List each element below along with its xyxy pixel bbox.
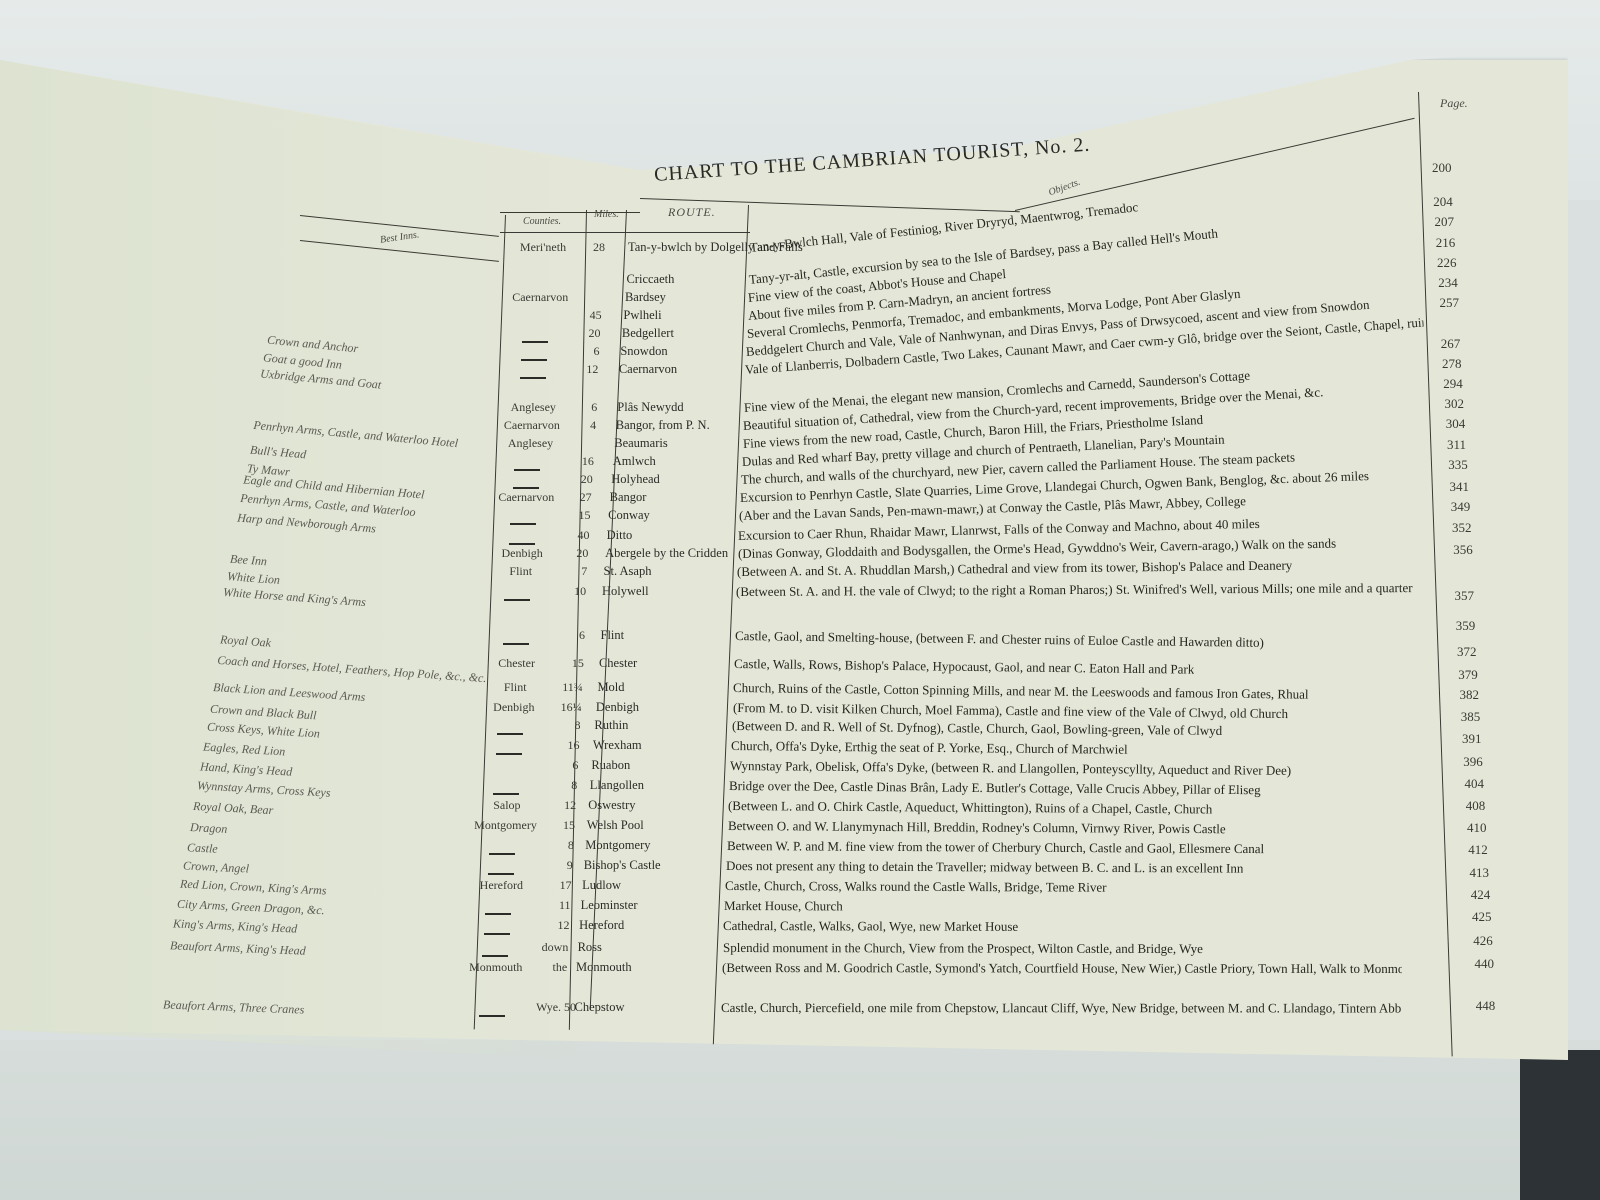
page-number: 207 [1435,214,1455,230]
route-stop: Ludlow [582,878,621,893]
route-stop: Ross [578,940,602,955]
ditto-mark [489,846,515,861]
route-stop: Bishop's Castle [584,858,661,873]
county-name: Anglesey [486,436,576,451]
page-number: 356 [1453,542,1473,558]
county-name: Montgomery [461,818,551,833]
miles-value: 6 [567,400,597,415]
miles-value: 10 [556,584,586,599]
route-stop: Oswestry [588,798,635,813]
miles-value: 8 [547,778,577,793]
page-number: 349 [1451,499,1471,515]
route-stop: Mold [597,680,624,695]
route-stop: Bangor, from P. N. [616,418,710,433]
county-name: Caernarvon [487,418,577,433]
route-stop: Conway [608,508,650,523]
ditto-mark [484,926,510,941]
header-page: Page. [1440,96,1468,111]
page-number: 311 [1447,437,1466,453]
miles-value: 6 [548,758,578,773]
page-number: 359 [1456,618,1476,634]
route-stop: Pwlheli [623,308,661,323]
miles-value: 20 [558,546,588,561]
route-stop: Ditto [607,528,633,543]
county-name: Flint [470,680,560,695]
miles-value: 15 [554,656,584,671]
header-rule [500,212,640,213]
route-stop: Holywell [602,584,649,599]
page-number: 257 [1440,295,1460,311]
page-number: 200 [1432,160,1452,176]
miles-value: 11 [541,898,571,913]
miles-value: 12 [546,798,576,813]
page-number: 425 [1472,909,1492,925]
page-number: 357 [1455,588,1475,604]
page-number: 385 [1461,709,1481,725]
miles-value: 20 [571,326,601,341]
page-number: 391 [1462,731,1482,747]
miles-value: 12 [539,918,569,933]
route-stop: Hereford [579,918,624,933]
objects-description: Castle, Church, Cross, Walks round the C… [725,878,1107,896]
miles-value: 28 [575,240,605,255]
page-number: 408 [1466,798,1486,814]
objects-description: Between W. P. and M. fine view from the … [727,838,1264,857]
page-number: 404 [1465,776,1485,792]
inn-name: Castle [186,840,217,857]
route-stop: Caernarvon [619,362,677,377]
miles-value: 40 [559,528,589,543]
route-stop: Holyhead [611,472,660,487]
objects-description: Castle, Church, Piercefield, one mile fr… [721,1000,1401,1016]
county-name: Chester [472,656,562,671]
miles-value: 45 [572,308,602,323]
route-stop: Welsh Pool [587,818,644,833]
county-name: Salop [462,798,552,813]
ditto-mark [503,636,529,651]
county-name: Hereford [456,878,546,893]
page-number: 341 [1450,479,1470,495]
page-number: 396 [1463,754,1483,770]
page-number: 424 [1471,887,1491,903]
route-stop: Criccaeth [626,272,674,287]
ditto-mark [497,726,523,741]
miles-value: 12 [568,362,598,377]
miles-value: down [538,940,568,955]
ditto-mark [521,352,547,367]
objects-description: (Between Ross and M. Goodrich Castle, Sy… [722,960,1402,977]
miles-value: 20 [563,472,593,487]
route-stop: Leominster [581,898,638,913]
miles-value: 15 [545,818,575,833]
route-stop: Wrexham [593,738,642,753]
page-number: 379 [1458,667,1478,683]
route-stop: Bangor [610,490,647,505]
page-number: 448 [1476,998,1496,1014]
route-stop: Flint [601,628,625,643]
county-name: Caernarvon [495,290,585,305]
page-number: 204 [1433,194,1453,210]
book-cover-edge [1520,1050,1600,1200]
county-name: Denbigh [477,546,567,561]
miles-value: 15 [561,508,591,523]
route-stop: Montgomery [585,838,650,853]
objects-description: Splendid monument in the Church, View fr… [722,940,1202,957]
route-stop: Monmouth [576,960,632,975]
route-stop: Amlwch [613,454,656,469]
route-stop: Plâs Newydd [617,400,683,415]
page-number: 278 [1442,356,1462,372]
page-number: 335 [1448,457,1468,473]
page-number: 382 [1460,687,1480,703]
route-stop: Chepstow [575,1000,625,1015]
miles-value: 6 [569,344,599,359]
objects-description: Between O. and W. Llanymynach Hill, Bred… [727,818,1225,837]
page-number: 226 [1437,255,1457,271]
miles-value: 7 [557,564,587,579]
page-number: 440 [1475,956,1495,972]
objects-description: Market House, Church [724,898,843,914]
header-route: ROUTE. [668,205,716,220]
ditto-mark [510,516,536,531]
county-name: Flint [476,564,566,579]
ditto-mark [496,746,522,761]
route-stop: Snowdon [620,344,667,359]
county-name: Caernarvon [481,490,571,505]
route-stop: Bedgellert [622,326,674,341]
inn-name: Bee Inn [229,552,267,570]
objects-description: Does not present any thing to detain the… [726,858,1243,877]
header-counties: Counties. [523,216,561,227]
route-stop: Ruthin [594,718,628,733]
page-number: 410 [1467,820,1487,836]
ditto-mark [485,906,511,921]
ditto-mark [504,592,530,607]
miles-value: 17 [542,878,572,893]
miles-value: 16 [549,738,579,753]
ditto-mark [520,370,546,385]
page-number: 294 [1443,376,1463,392]
route-stop: Bardsey [625,290,666,305]
miles-value: 11¾ [553,680,583,695]
inn-name: Dragon [190,820,228,837]
page-number: 412 [1468,842,1488,858]
page-number: 426 [1473,933,1493,949]
page-number: 216 [1436,235,1456,251]
route-stop: St. Asaph [604,564,652,579]
route-stop: Denbigh [596,700,639,715]
page-number: 267 [1441,336,1461,352]
miles-value: 9 [543,858,573,873]
miles-value: 16¼ [552,700,582,715]
route-stop: Abergele by the Cridden [605,546,728,561]
page-number: 372 [1457,644,1477,660]
miles-value: 4 [566,418,596,433]
route-stop: Chester [599,656,637,671]
route-stop: Llangollen [590,778,644,793]
miles-value: Wye. 50 [536,1000,566,1015]
miles-value: 8 [551,718,581,733]
page-number: 302 [1445,396,1465,412]
miles-value: 6 [555,628,585,643]
miles-value: 8 [544,838,574,853]
ditto-mark [479,1008,505,1023]
objects-description: Cathedral, Castle, Walks, Gaol, Wye, new… [723,918,1018,935]
county-name: Denbigh [469,700,559,715]
miles-value: the [537,960,567,975]
page-number: 234 [1438,275,1458,291]
ditto-mark [514,462,540,477]
miles-value: 27 [562,490,592,505]
header-miles: Miles. [594,209,619,220]
miles-value: 16 [564,454,594,469]
county-name: Anglesey [488,400,578,415]
page-number: 304 [1446,416,1466,432]
route-stop: Beaumaris [614,436,667,451]
page-number: 413 [1470,865,1490,881]
background-table [0,1040,1600,1200]
route-stop: Ruabon [591,758,630,773]
ditto-mark [522,334,548,349]
county-name: Monmouth [451,960,541,975]
page-number: 352 [1452,520,1472,536]
